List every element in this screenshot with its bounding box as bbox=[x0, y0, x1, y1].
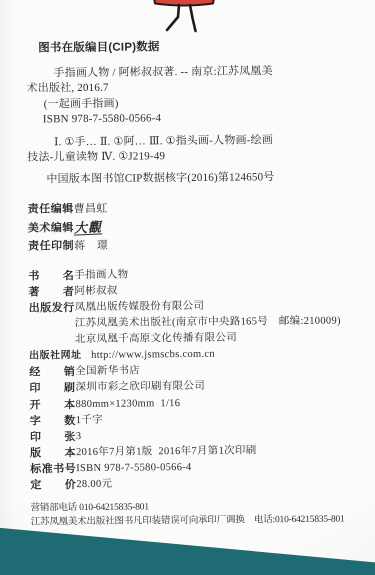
cip-heading: 图书在版编目(CIP)数据 bbox=[38, 38, 373, 57]
book-format: 880mm×1230mm 1/16 bbox=[76, 397, 181, 412]
cip-record-line: ISBN 978-7-5580-0566-4 bbox=[27, 109, 374, 128]
colophon-label: 著 者 bbox=[28, 285, 74, 299]
staff-role-label: 责任编辑 bbox=[28, 202, 74, 216]
colophon-label: 开 本 bbox=[30, 398, 76, 412]
colophon-label: 版 本 bbox=[30, 446, 76, 460]
footer-notes: 营销部电话 010-64215835-801 江苏凤凰美术出版社图书凡印装错误可… bbox=[31, 499, 375, 530]
colophon-label: 书 名 bbox=[28, 269, 74, 283]
cip-record: 手指画人物 / 阿彬叔叔著. -- 南京:江苏凤凰美 术出版社, 2016.7 … bbox=[26, 63, 374, 128]
colophon-label: 出版社网址 bbox=[29, 349, 91, 364]
colophon-value: 阿彬叔叔 bbox=[74, 284, 117, 298]
colophon-value: 凤凰出版传媒股份有限公司 bbox=[75, 300, 205, 315]
isbn-number: ISBN 978-7-5580-0566-4 bbox=[76, 461, 192, 476]
edition-info: 2016年7月第1版 2016年7月第1次印刷 bbox=[76, 444, 257, 460]
colophon-label: 定 价 bbox=[30, 478, 76, 492]
cip-classification: Ⅰ. ①手… Ⅱ. ①阿… Ⅲ. ①指头画-人物画-绘画 技法-儿童读物 Ⅳ. … bbox=[27, 132, 374, 166]
staff-role-label: 责任印制 bbox=[28, 239, 74, 253]
misprint-exchange-line: 江苏凤凰美术出版社图书凡印装错误可向承印厂调换 电话:010-64215835-… bbox=[31, 513, 375, 530]
cip-register-number: 中国版本图书馆CIP数据核字(2016)第124650号 bbox=[27, 169, 374, 188]
colophon-value: 手指画人物 bbox=[74, 268, 128, 283]
price: 28.00元 bbox=[76, 478, 112, 492]
colophon-label: 标准书号 bbox=[30, 462, 76, 476]
publisher-address: 江苏凤凰美术出版社(南京市中央路165号 邮编:210009) bbox=[75, 314, 341, 331]
colophon-label: 字 数 bbox=[30, 414, 76, 428]
colophon-label: 印 张 bbox=[30, 430, 76, 444]
colophon-label: 出版发行 bbox=[29, 301, 75, 315]
staff-role-label: 美术编辑 bbox=[28, 221, 74, 235]
publisher-website: http://www.jsmscbs.com.cn bbox=[91, 348, 215, 363]
colophon-label: 经 销 bbox=[29, 365, 75, 379]
staff-row: 责任印制 蒋 璟 bbox=[28, 236, 375, 258]
art-editor-signature: 大觀 bbox=[74, 220, 103, 235]
colophon-value: 全国新华书店 bbox=[75, 365, 140, 380]
page-content: 图书在版编目(CIP)数据 手指画人物 / 阿彬叔叔著. -- 南京:江苏凤凰美… bbox=[0, 0, 375, 530]
co-publisher: 北京凤凰千高原文化传播有限公司 bbox=[75, 332, 237, 348]
colophon-value: 3 bbox=[76, 430, 82, 444]
copyright-page: 图书在版编目(CIP)数据 手指画人物 / 阿彬叔叔著. -- 南京:江苏凤凰美… bbox=[0, 0, 375, 575]
colophon-value: 1千字 bbox=[76, 414, 103, 428]
colophon-value: 深圳市彩之欣印刷有限公司 bbox=[75, 380, 205, 395]
colophon: 书 名 手指画人物 著 者 阿彬叔叔 出版发行 凤凰出版传媒股份有限公司 江苏凤… bbox=[28, 266, 375, 495]
colophon-row: 定 价 28.00元 bbox=[30, 476, 375, 495]
colophon-label: 印 刷 bbox=[29, 382, 75, 396]
staff-name: 曹昌虹 bbox=[74, 202, 108, 216]
staff-name: 蒋 璟 bbox=[74, 239, 108, 253]
cip-class-line: 技法-儿童读物 Ⅳ. ①J219-49 bbox=[27, 147, 374, 166]
staff-credits: 责任编辑 曹昌虹 美术编辑 大觀 责任印制 蒋 璟 bbox=[28, 199, 375, 258]
